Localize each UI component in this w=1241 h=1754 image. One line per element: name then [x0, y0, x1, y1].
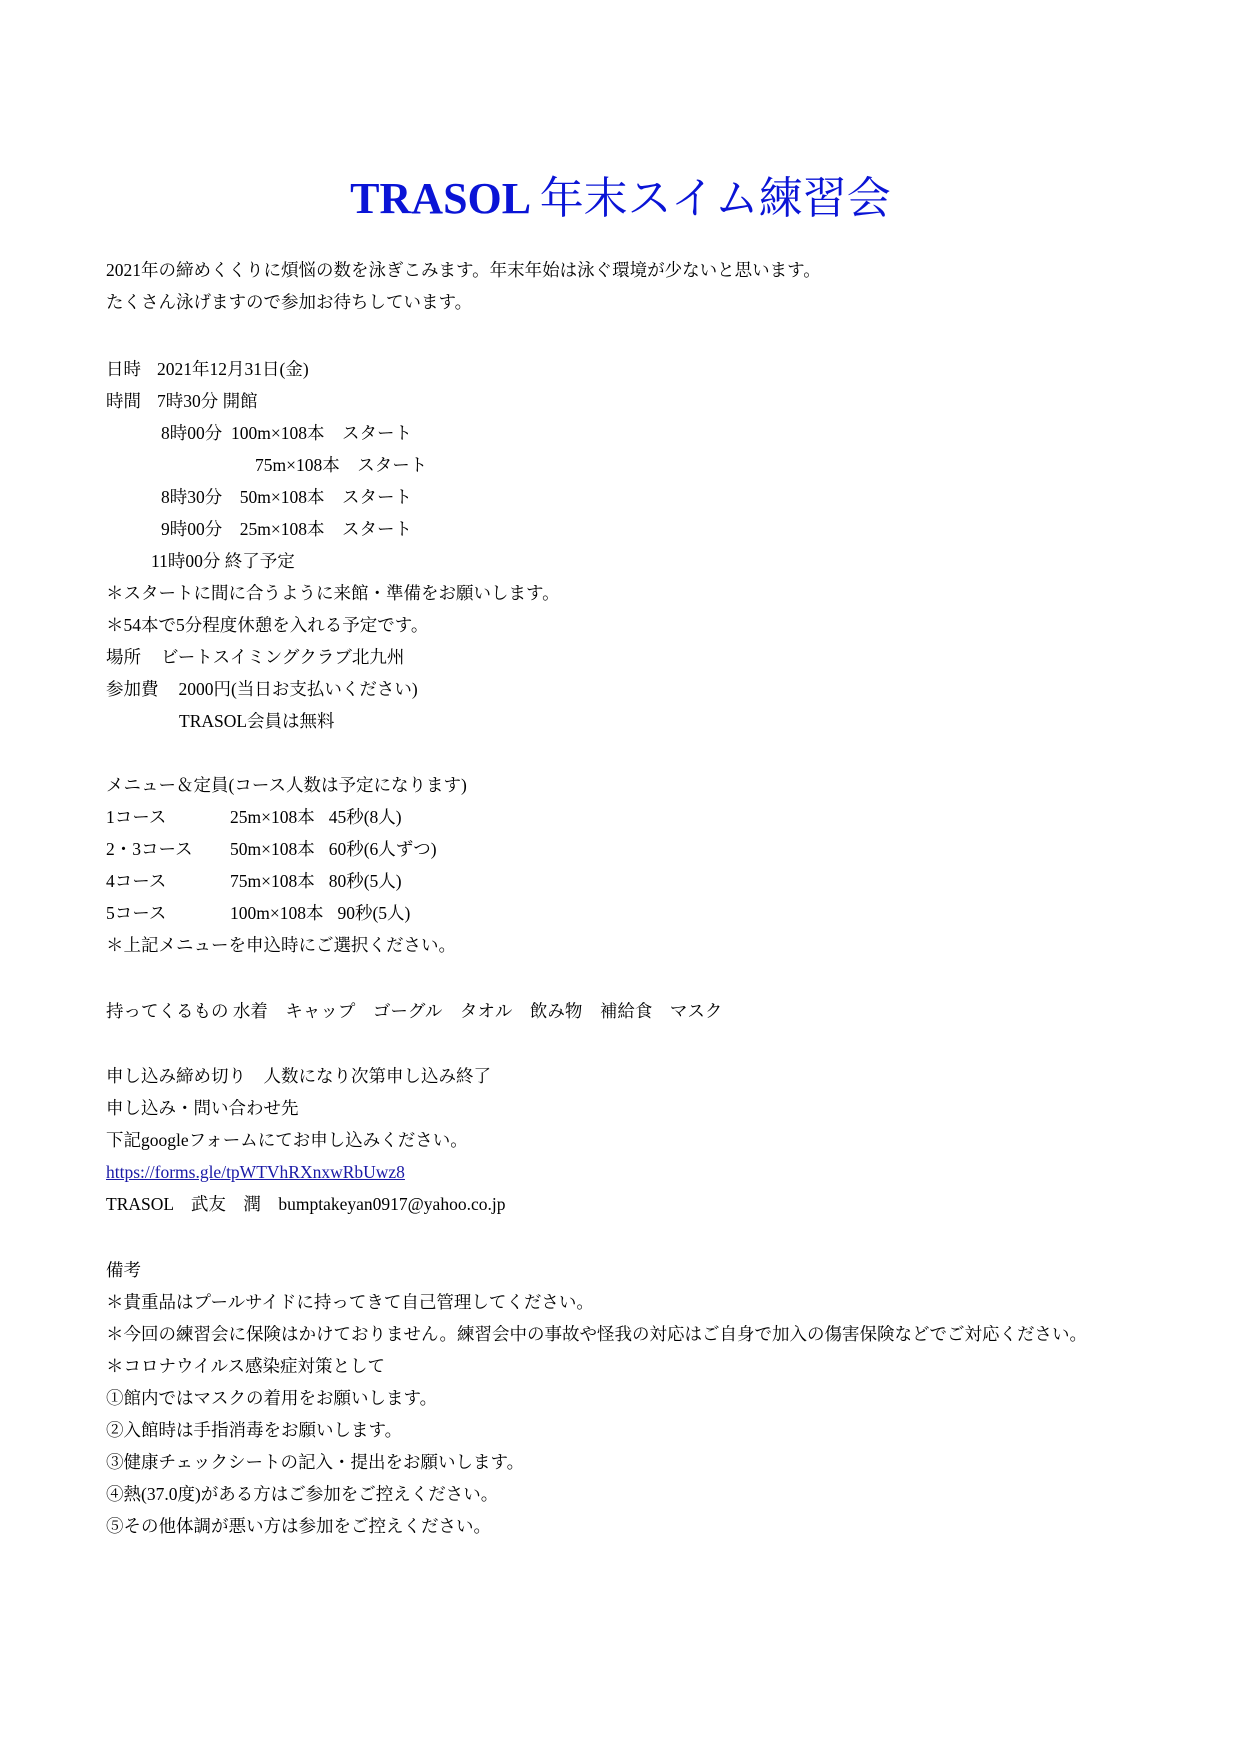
menu-row: 1コース25m×108本45秒(8人) [106, 805, 402, 829]
date-label: 日時 [106, 359, 141, 379]
schedule-note-1: ＊スタートに間に合うように来館・準備をお願いします。 [106, 581, 560, 605]
title-jp: 年末スイム練習会 [540, 174, 891, 223]
form-link[interactable]: https://forms.gle/tpWTVhRXnxwRbUwz8 [106, 1160, 405, 1184]
menu-heading: メニュー＆定員(コース人数は予定になります) [106, 773, 467, 797]
remark-item: ①館内ではマスクの着用をお願いします。 [106, 1386, 437, 1410]
place-row: 場所ビートスイミングクラブ北九州 [106, 645, 404, 669]
date-row: 日時2021年12月31日(金) [106, 357, 309, 381]
menu-course: 4コース [106, 869, 230, 893]
time-row: 時間7時30分 開館 [106, 389, 258, 413]
time-start-50: 8時30分 50m×108本 スタート [161, 485, 412, 509]
fee-member: TRASOL会員は無料 [179, 709, 335, 733]
remark-item: ③健康チェックシートの記入・提出をお願いします。 [106, 1450, 524, 1474]
page-title: TRASOL 年末スイム練習会 [0, 162, 1241, 226]
time-start-25: 9時00分 25m×108本 スタート [161, 517, 412, 541]
fee-value: 2000円(当日お支払いください) [179, 679, 418, 699]
deadline: 申し込み締め切り 人数になり次第申し込み終了 [106, 1064, 491, 1088]
contact: TRASOL 武友 潤 bumptakeyan0917@yahoo.co.jp [106, 1192, 505, 1216]
remark-item: ⑤その他体調が悪い方は参加をご控えください。 [106, 1514, 491, 1538]
title-latin: TRASOL [350, 174, 529, 223]
menu-course: 2・3コース [106, 837, 230, 861]
remarks-heading: 備考 [106, 1258, 141, 1282]
menu-distance: 50m×108本 [230, 839, 315, 859]
place-value: ビートスイミングクラブ北九州 [161, 647, 404, 667]
time-open: 7時30分 開館 [157, 391, 258, 411]
contact-heading: 申し込み・問い合わせ先 [106, 1096, 299, 1120]
date-value: 2021年12月31日(金) [157, 359, 309, 379]
menu-interval: 45秒(8人) [329, 807, 402, 827]
fee-row: 参加費2000円(当日お支払いください) [106, 677, 418, 701]
time-label: 時間 [106, 391, 141, 411]
remark-item: ＊今回の練習会に保険はかけておりません。練習会中の事故や怪我の対応はご自身で加入… [106, 1322, 1087, 1346]
fee-label: 参加費 [106, 679, 159, 699]
remark-item: ④熱(37.0度)がある方はご参加をご控えください。 [106, 1482, 498, 1506]
menu-row: 5コース100m×108本90秒(5人) [106, 901, 410, 925]
time-end: 11時00分 終了予定 [151, 549, 295, 573]
remark-item: ②入館時は手指消毒をお願いします。 [106, 1418, 402, 1442]
menu-interval: 60秒(6人ずつ) [329, 839, 437, 859]
menu-note: ＊上記メニューを申込時にご選択ください。 [106, 933, 456, 957]
remark-item: ＊コロナウイルス感染症対策として [106, 1354, 385, 1378]
place-label: 場所 [106, 647, 141, 667]
intro-line-2: たくさん泳げますので参加お待ちしています。 [106, 290, 472, 314]
menu-row: 4コース75m×108本80秒(5人) [106, 869, 402, 893]
menu-row: 2・3コース50m×108本60秒(6人ずつ) [106, 837, 437, 861]
time-start-75: 75m×108本 スタート [255, 453, 427, 477]
form-text: 下記googleフォームにてお申し込みください。 [106, 1128, 468, 1152]
time-start-100: 8時00分 100m×108本 スタート [161, 421, 412, 445]
menu-distance: 75m×108本 [230, 871, 315, 891]
menu-course: 5コース [106, 901, 230, 925]
menu-distance: 25m×108本 [230, 807, 315, 827]
menu-interval: 90秒(5人) [337, 903, 410, 923]
menu-course: 1コース [106, 805, 230, 829]
remark-item: ＊貴重品はプールサイドに持ってきて自己管理してください。 [106, 1290, 594, 1314]
schedule-note-2: ＊54本で5分程度休憩を入れる予定です。 [106, 613, 428, 637]
bring-list: 持ってくるもの 水着 キャップ ゴーグル タオル 飲み物 補給食 マスク [106, 999, 722, 1023]
intro-line-1: 2021年の締めくくりに煩悩の数を泳ぎこみます。年末年始は泳ぐ環境が少ないと思い… [106, 258, 821, 282]
menu-interval: 80秒(5人) [329, 871, 402, 891]
menu-distance: 100m×108本 [230, 903, 323, 923]
